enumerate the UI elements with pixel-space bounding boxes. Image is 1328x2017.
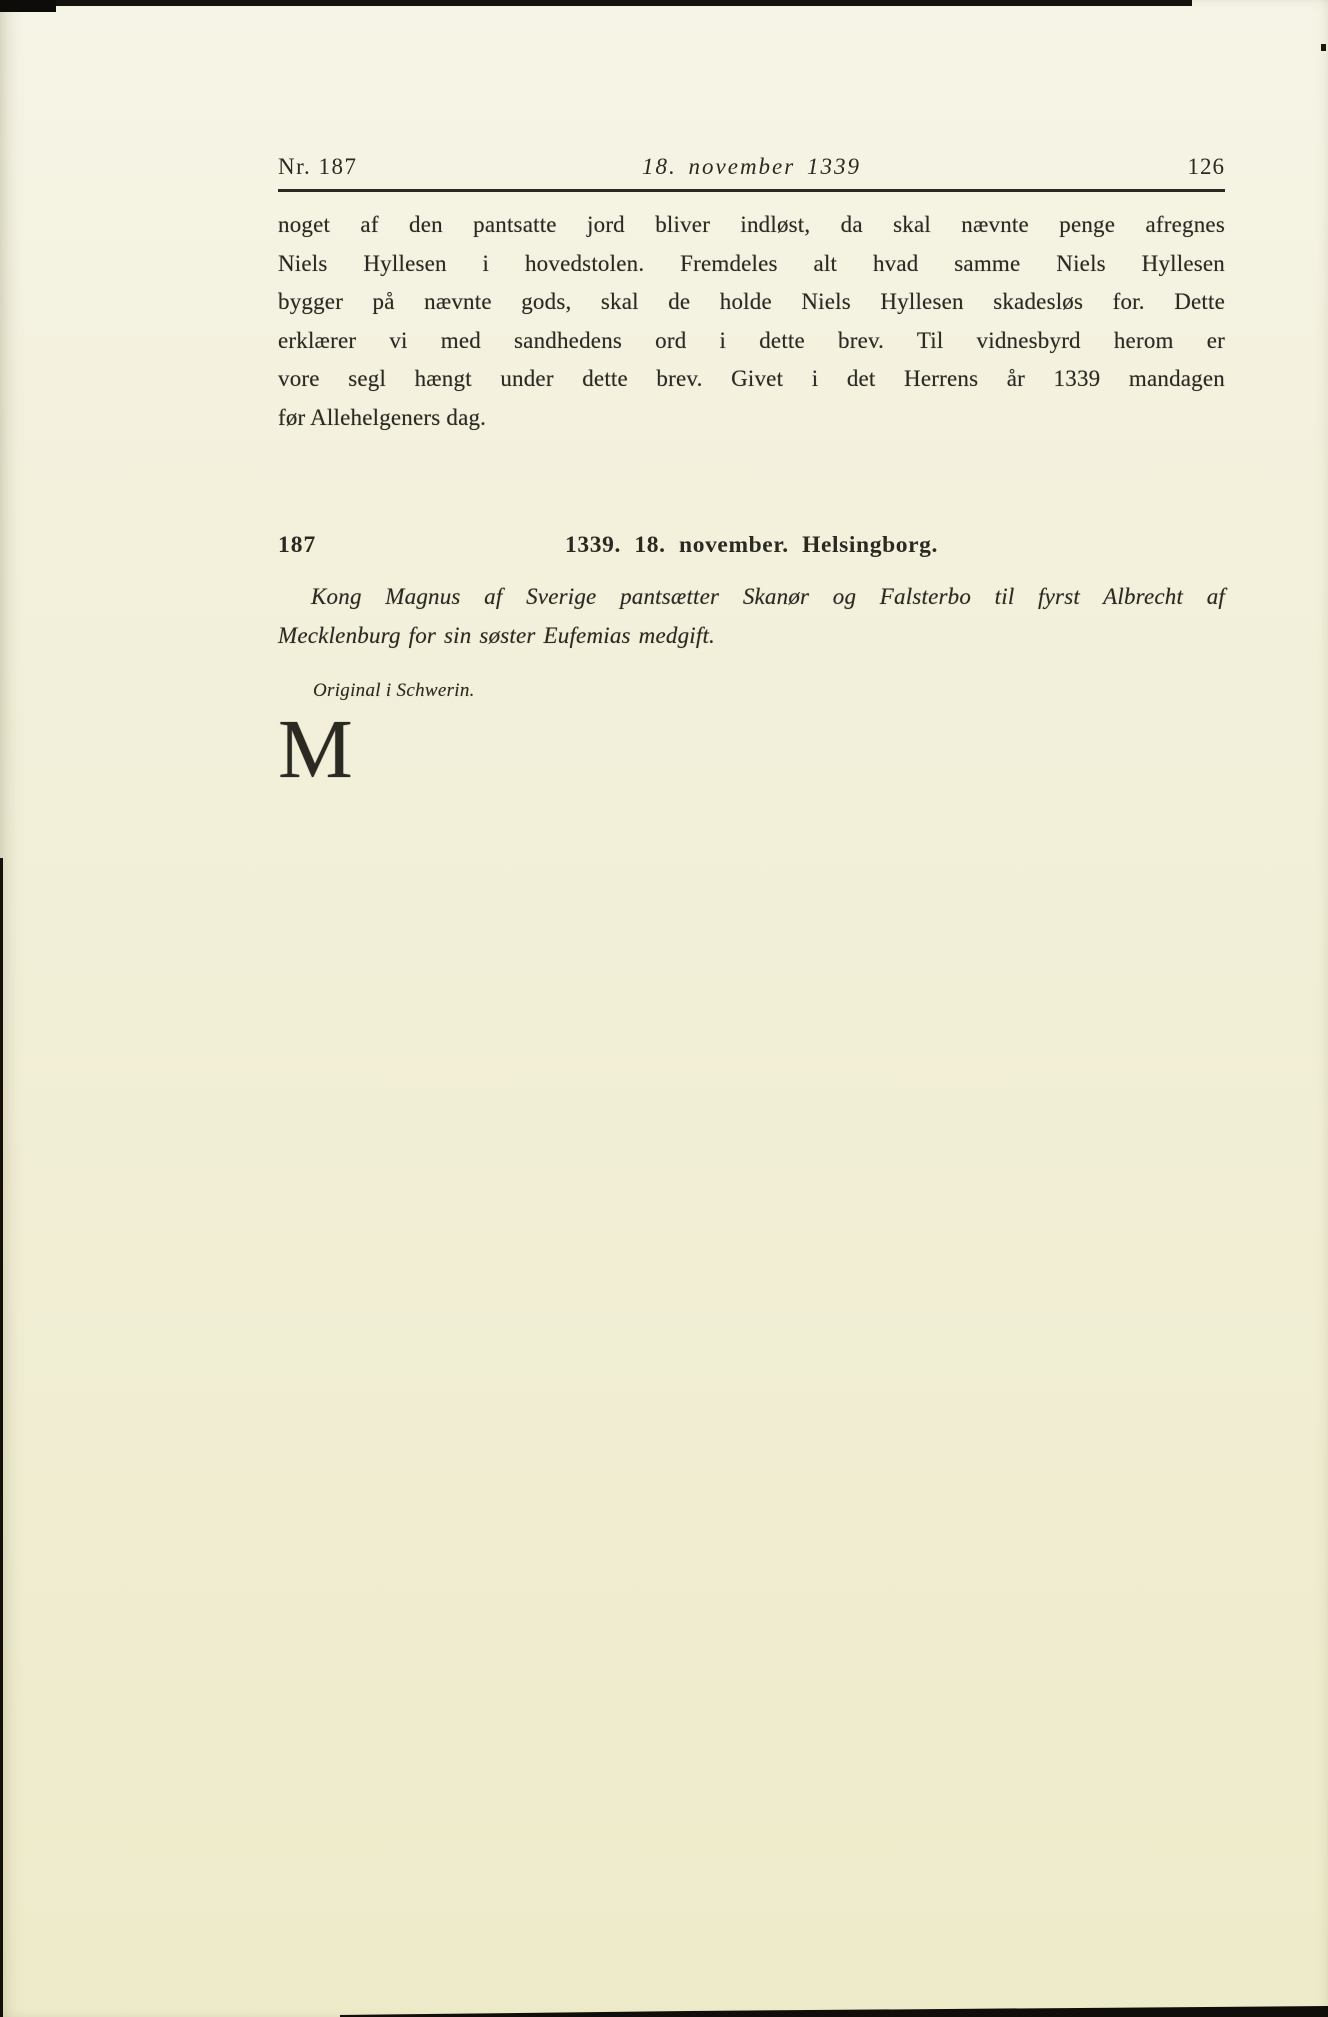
running-header: Nr. 187 18. november 1339 126 — [278, 151, 1225, 183]
text-line: Mecklenburg for sin søster Eufemias medg… — [278, 617, 1225, 656]
text-line: bygger på nævnte gods, skal de holde Nie… — [278, 283, 1225, 322]
continuation-paragraph: noget af den pantsatte jord bliver indlø… — [278, 206, 1225, 437]
scanned-book-page: Nr. 187 18. november 1339 126 noget af d… — [0, 0, 1328, 2017]
entry-regest: Kong Magnus af Sverige pantsætter Skanør… — [278, 578, 1225, 655]
page-number: 126 — [946, 151, 1225, 183]
text-line: Kong Magnus af Sverige pantsætter Skanør… — [278, 578, 1225, 617]
text-line: noget af den pantsatte jord bliver indlø… — [278, 206, 1225, 245]
scan-edge-left — [0, 858, 3, 2017]
entry-dateline: 1339. 18. november. Helsingborg. — [278, 526, 1225, 565]
running-header-date: 18. november 1339 — [557, 151, 947, 183]
drop-cap: M — [278, 708, 354, 782]
text-line: før Allehelgeners dag. — [278, 399, 1225, 438]
scan-edge-top-left — [0, 0, 56, 12]
entry-number: 187 — [278, 526, 316, 565]
text-line: Niels Hyllesen i hovedstolen. Fremdeles … — [278, 245, 1225, 284]
source-note: Original i Schwerin. — [278, 674, 1260, 708]
entry-heading: 187 1339. 18. november. Helsingborg. — [278, 526, 1225, 565]
scan-speck — [1321, 44, 1326, 51]
scan-edge-top — [0, 0, 1192, 6]
header-rule — [278, 189, 1225, 192]
scan-edge-bottom — [0, 2003, 1328, 2017]
text-line: vore segl hængt under dette brev. Givet … — [278, 360, 1225, 399]
text-line: erklærer vi med sandhedens ord i dette b… — [278, 322, 1225, 361]
entry-body: M — [278, 715, 1225, 782]
running-header-entry-number: Nr. 187 — [278, 151, 557, 183]
